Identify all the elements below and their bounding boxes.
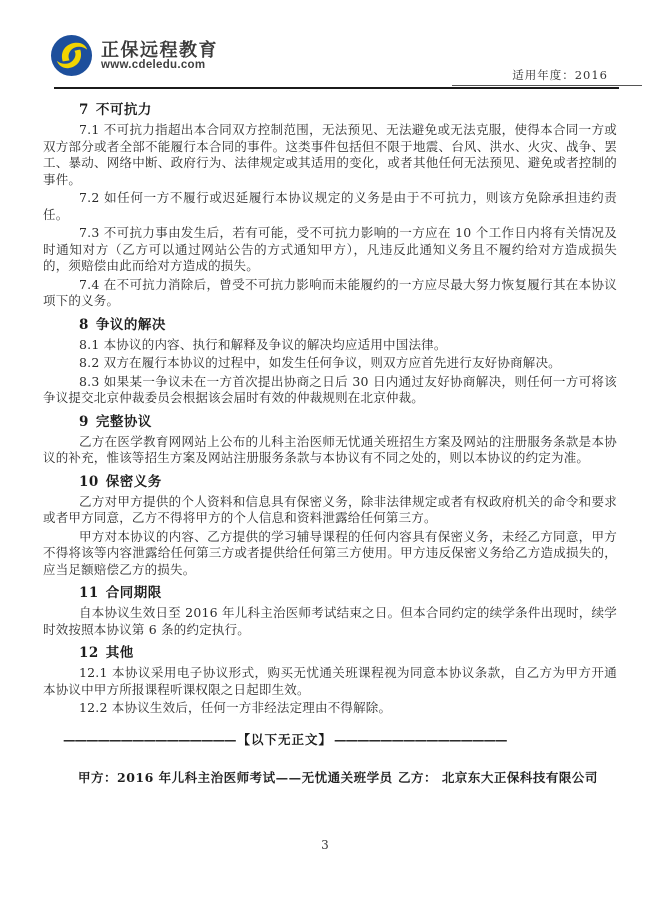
section-12-miscellaneous: 12其他 12.1 本协议采用电子协议形式，购买无忧通关班课程视为同意本协议条款…	[43, 645, 617, 717]
contract-page: 正保远程教育 www.cdeledu.com 适用年度：2016 7不可抗力 7…	[0, 0, 650, 919]
section-title: 其他	[106, 645, 134, 661]
page-header: 正保远程教育 www.cdeledu.com 适用年度：2016	[0, 0, 650, 90]
section-number: 11	[79, 585, 99, 601]
year-underline	[452, 85, 642, 86]
section-9-entire-agreement: 9完整协议 乙方在医学教育网网站上公布的儿科主治医师无忧通关班招生方案及网站的注…	[43, 414, 617, 467]
end-of-text-divider: ———————————————【以下无正文】———————————————	[63, 730, 617, 748]
clause-paragraph: 8.3 如果某一争议未在一方首次提出协商之日后 30 日内通过友好协商解决，则任…	[43, 374, 617, 407]
divider-dash-left: ———————————————	[63, 732, 236, 747]
divider-dash-right: ———————————————	[334, 732, 507, 747]
section-11-contract-term: 11合同期限 自本协议生效日至 2016 年儿科主治医师考试结束之日。但本合同约…	[43, 585, 617, 638]
clause-paragraph: 甲方对本协议的内容、乙方提供的学习辅导课程的任何内容具有保密义务，未经乙方同意，…	[43, 529, 617, 579]
clause-paragraph: 乙方在医学教育网网站上公布的儿科主治医师无忧通关班招生方案及网站的注册服务条款是…	[43, 434, 617, 467]
clause-paragraph: 8.2 双方在履行本协议的过程中，如发生任何争议，则双方应首先进行友好协商解决。	[43, 355, 617, 372]
divider-label: 【以下无正文】	[236, 732, 335, 747]
applicable-year-label: 适用年度：2016	[512, 67, 608, 83]
page-number: 3	[0, 838, 650, 852]
section-number: 12	[79, 645, 99, 661]
section-title: 完整协议	[96, 414, 152, 430]
section-heading: 7不可抗力	[79, 102, 617, 119]
signature-row: 甲方：2016 年儿科主治医师考试——无忧通关班学员 乙方： 北京东大正保科技有…	[43, 768, 617, 788]
clause-paragraph: 7.3 不可抗力事由发生后，若有可能，受不可抗力影响的一方应在 10 个工作日内…	[43, 225, 617, 275]
section-heading: 11合同期限	[79, 585, 617, 602]
section-number: 10	[79, 474, 99, 490]
brand-url: www.cdeledu.com	[101, 59, 205, 71]
header-divider-rule	[54, 87, 619, 89]
section-heading: 8争议的解决	[79, 317, 617, 334]
zhengbao-logo-icon	[50, 34, 93, 77]
clause-paragraph: 7.4 在不可抗力消除后，曾受不可抗力影响而未能履约的一方应尽最大努力恢复履行其…	[43, 277, 617, 310]
section-heading: 10保密义务	[79, 474, 617, 491]
party-a-signature: 甲方：2016 年儿科主治医师考试——无忧通关班学员	[78, 768, 393, 786]
section-number: 7	[79, 102, 89, 118]
section-number: 9	[79, 414, 89, 430]
section-8-dispute-resolution: 8争议的解决 8.1 本协议的内容、执行和解释及争议的解决均应适用中国法律。 8…	[43, 317, 617, 407]
section-number: 8	[79, 317, 89, 333]
section-heading: 9完整协议	[79, 414, 617, 431]
clause-paragraph: 7.1 不可抗力指超出本合同双方控制范围，无法预见、无法避免或无法克服，使得本合…	[43, 122, 617, 188]
party-b-signature: 乙方： 北京东大正保科技有限公司	[398, 768, 598, 786]
section-title: 不可抗力	[96, 102, 152, 118]
clause-paragraph: 8.1 本协议的内容、执行和解释及争议的解决均应适用中国法律。	[43, 337, 617, 354]
section-10-confidentiality: 10保密义务 乙方对甲方提供的个人资料和信息具有保密义务，除非法律规定或者有权政…	[43, 474, 617, 579]
clause-paragraph: 自本协议生效日至 2016 年儿科主治医师考试结束之日。但本合同约定的续学条件出…	[43, 605, 617, 638]
contract-body: 7不可抗力 7.1 不可抗力指超出本合同双方控制范围，无法预见、无法避免或无法克…	[0, 90, 650, 788]
section-title: 保密义务	[106, 474, 162, 490]
section-title: 争议的解决	[96, 317, 166, 333]
section-title: 合同期限	[106, 585, 162, 601]
clause-paragraph: 12.1 本协议采用电子协议形式，购买无忧通关班课程视为同意本协议条款，自乙方为…	[43, 665, 617, 698]
section-heading: 12其他	[79, 645, 617, 662]
clause-paragraph: 12.2 本协议生效后，任何一方非经法定理由不得解除。	[43, 700, 617, 717]
clause-paragraph: 7.2 如任何一方不履行或迟延履行本协议规定的义务是由于不可抗力，则该方免除承担…	[43, 190, 617, 223]
clause-paragraph: 乙方对甲方提供的个人资料和信息具有保密义务，除非法律规定或者有权政府机关的命令和…	[43, 494, 617, 527]
section-7-force-majeure: 7不可抗力 7.1 不可抗力指超出本合同双方控制范围，无法预见、无法避免或无法克…	[43, 102, 617, 310]
